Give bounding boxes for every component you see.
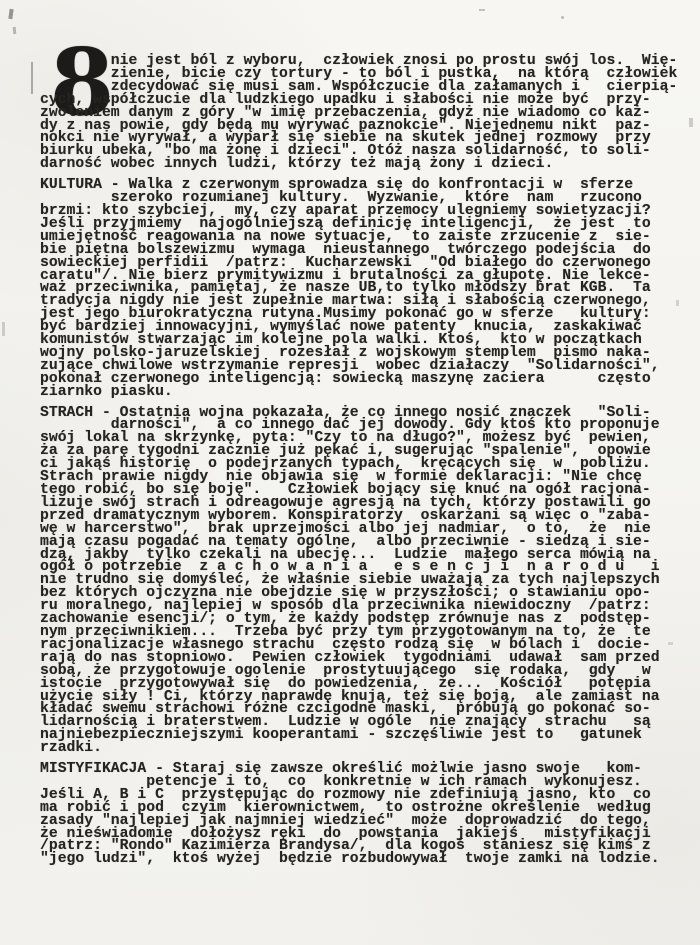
speck [689, 118, 693, 127]
section-kultura: KULTURA - Walka z czerwonym sprowadza si… [40, 179, 688, 398]
speck [479, 9, 485, 11]
speck [561, 16, 564, 19]
section-strach: STRACH - Ostatnia wojna pokazała, że co … [40, 407, 688, 755]
page-text-block: nie jest ból z wyboru, człowiek znosi po… [40, 55, 688, 874]
document-page: 8 nie jest ból z wyboru, człowiek znosi … [0, 0, 700, 945]
speck [676, 300, 679, 306]
speck [8, 9, 13, 19]
section-mistyfikacja: MISTYFIKACJA - Staraj się zawsze określi… [40, 763, 688, 866]
paragraph-intro: nie jest ból z wyboru, człowiek znosi po… [40, 55, 688, 171]
speck [2, 322, 5, 336]
speck [31, 62, 33, 94]
speck [13, 27, 17, 34]
speck [668, 642, 673, 645]
